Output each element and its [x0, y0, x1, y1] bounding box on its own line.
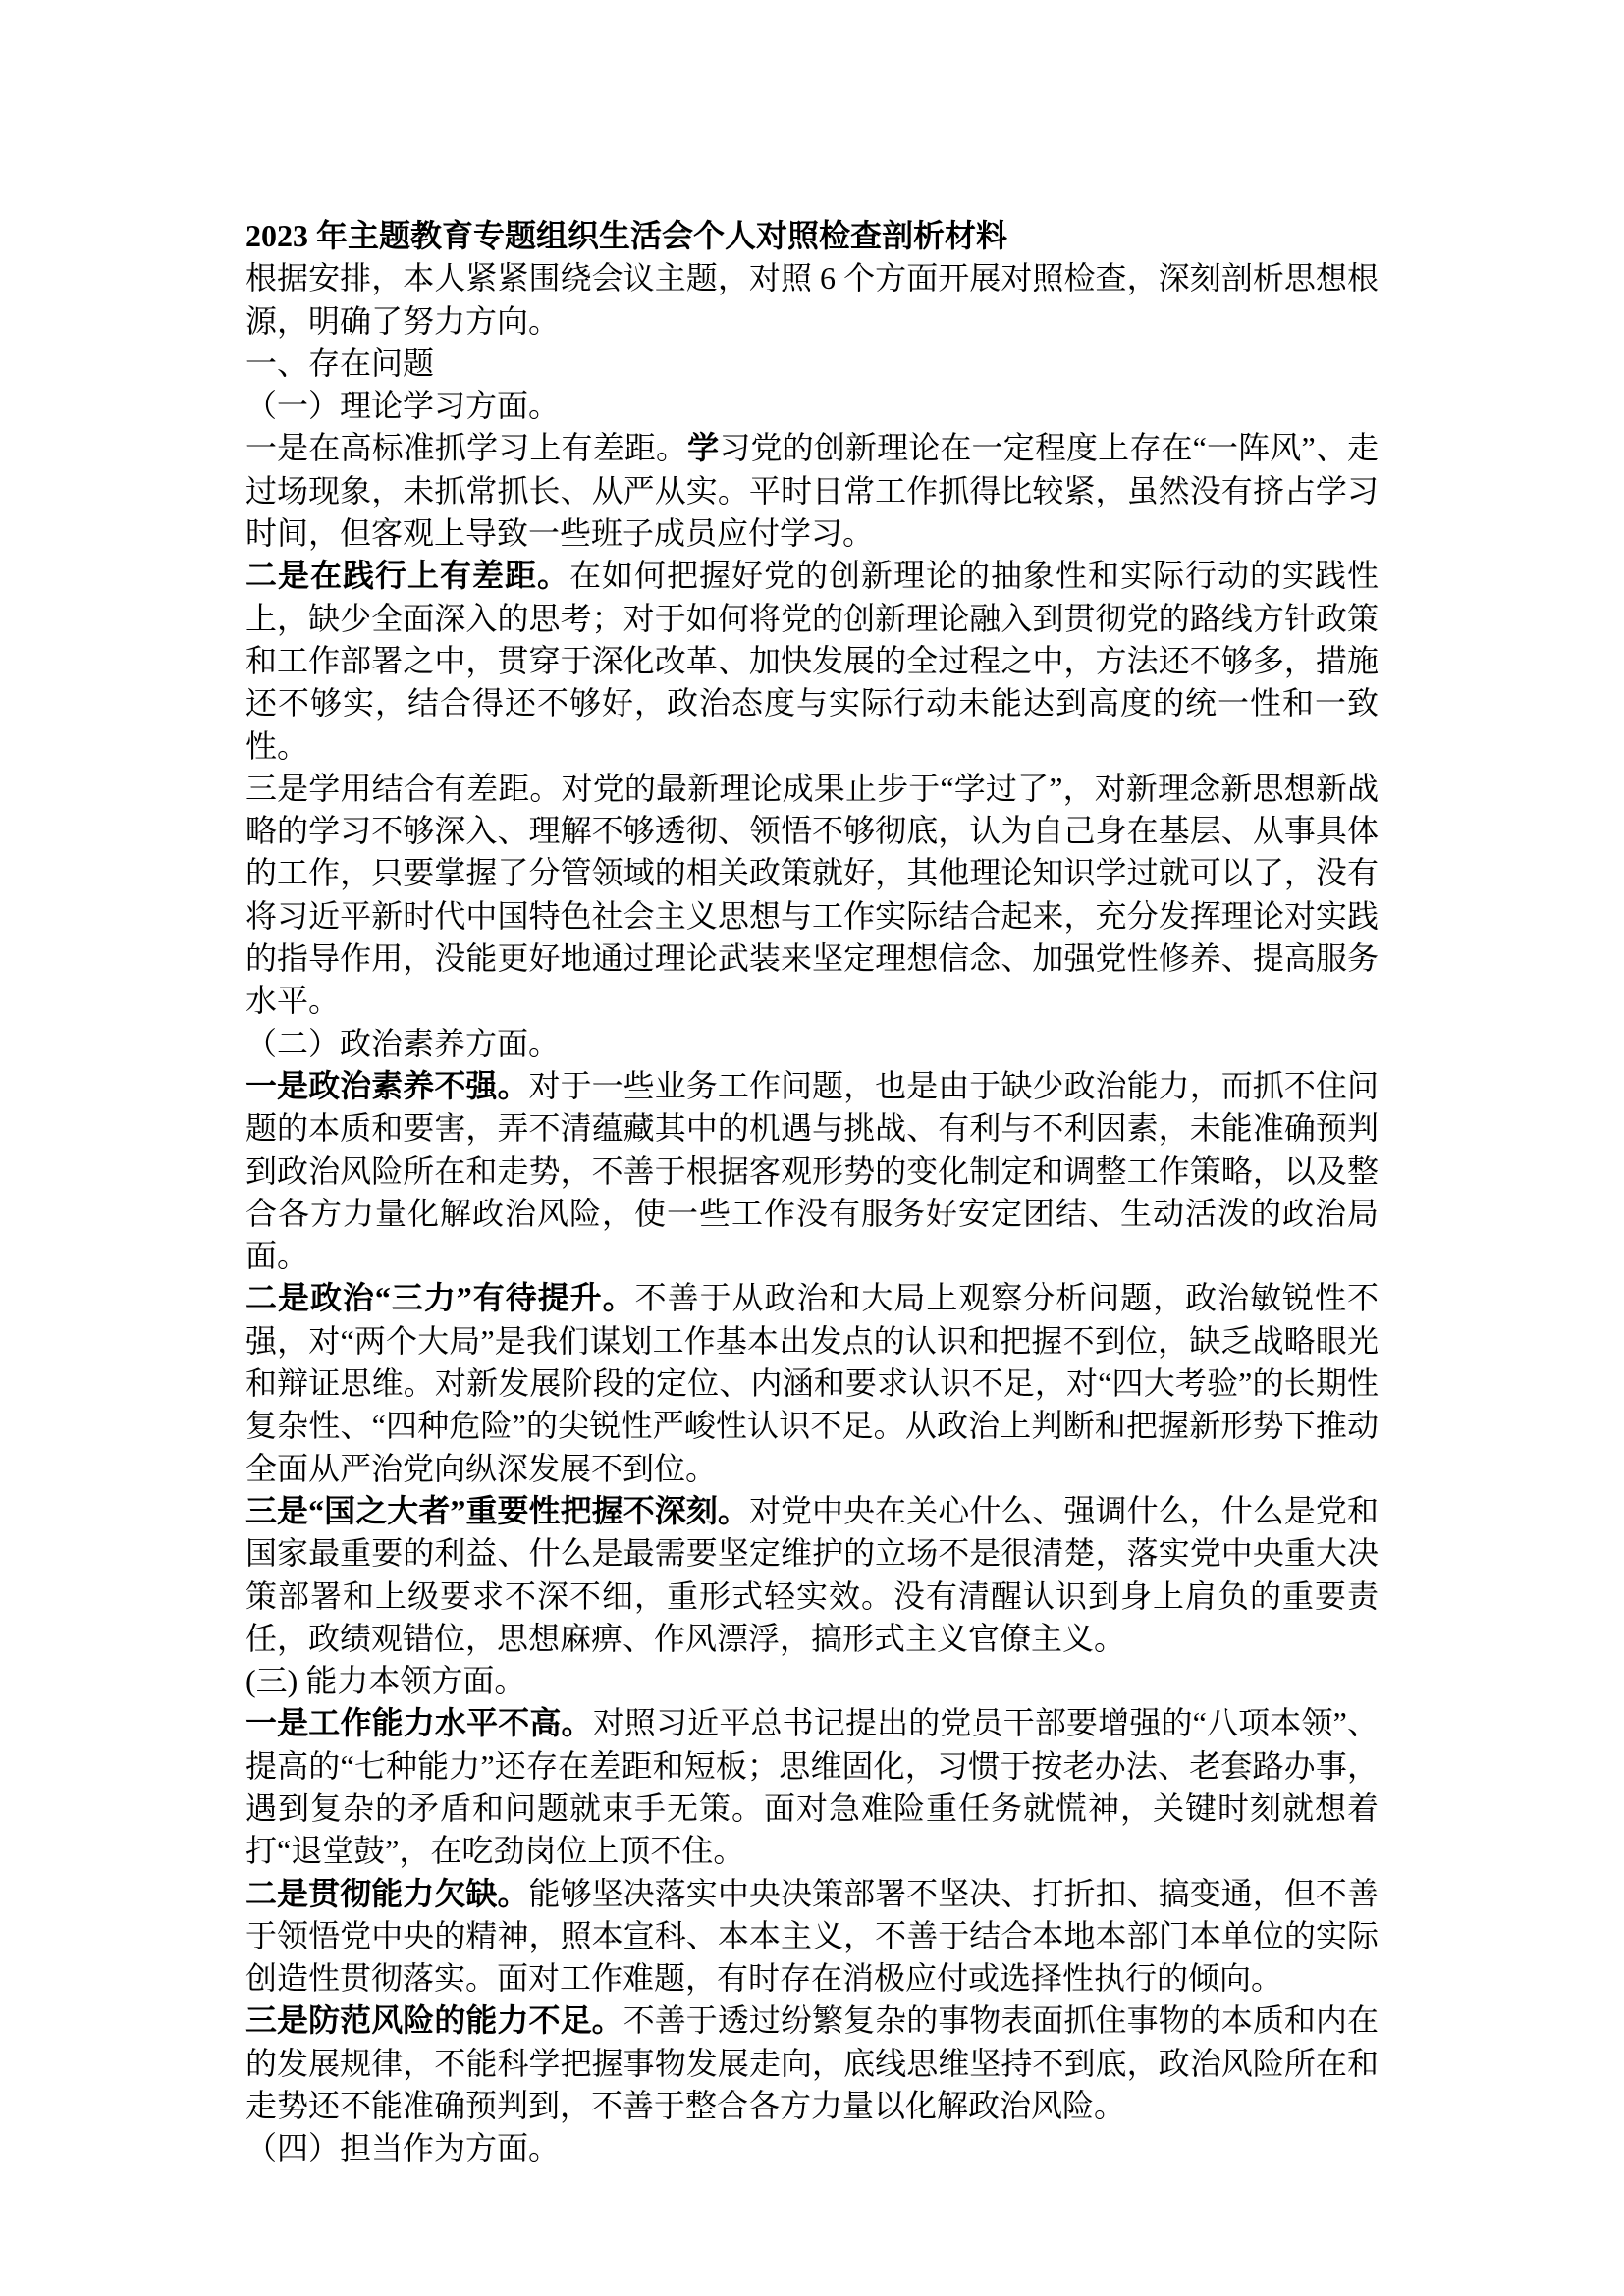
point-theory-study-3: 三是学用结合有差距。对党的最新理论成果止步于“学过了”，对新理念新思想新战略的学…	[245, 768, 1379, 1023]
point-theory-study-2: 二是在践行上有差距。在如何把握好党的创新理论的抽象性和实际行动的实践性上，缺少全…	[245, 555, 1379, 767]
point-political-1: 一是政治素养不强。对于一些业务工作问题，也是由于缺少政治能力，而抓不住问题的本质…	[245, 1065, 1379, 1277]
subsection-heading-political-quality: （二）政治素养方面。	[245, 1023, 1379, 1065]
subsection-heading-theory-study-run: （一）理论学习方面。	[245, 388, 560, 423]
document-title: 2023 年主题教育专题组织生活会个人对照检查剖析材料	[245, 215, 1379, 257]
point-ability-2: 二是贯彻能力欠缺。能够坚决落实中央决策部署不坚决、打折扣、搞变通，但不善于领悟党…	[245, 1873, 1379, 2001]
section-heading-existing-problems: 一、存在问题	[245, 343, 1379, 385]
point-ability-1: 一是工作能力水平不高。对照习近平总书记提出的党员干部要增强的“八项本领”、提高的…	[245, 1702, 1379, 1872]
point-theory-study-3-run: 三是学用结合有差距。对党的最新理论成果止步于“学过了”，对新理念新思想新战略的学…	[245, 771, 1379, 1018]
point-political-1-bold-run: 一是政治素养不强。	[245, 1068, 529, 1103]
section-heading-existing-problems-run: 一、存在问题	[245, 346, 434, 381]
subsection-heading-responsibility-run: （四）担当作为方面。	[245, 2130, 560, 2165]
point-political-2-bold-run: 二是政治“三力”有待提升。	[245, 1280, 635, 1315]
document-body: 根据安排，本人紧紧围绕会议主题，对照 6 个方面开展对照检查，深刻剖析思想根源，…	[245, 257, 1379, 2169]
point-political-3-bold-run: 三是“国之大者”重要性把握不深刻。	[245, 1493, 749, 1528]
point-ability-3-bold-run: 三是防范风险的能力不足。	[245, 2002, 623, 2038]
point-theory-study-1-run: 一是在高标准抓学习上有差距。	[245, 430, 687, 465]
point-theory-study-1: 一是在高标准抓学习上有差距。学习党的创新理论在一定程度上存在“一阵风”、走过场现…	[245, 427, 1379, 555]
point-theory-study-1-bold-run: 学	[687, 430, 719, 465]
intro-paragraph-run: 根据安排，本人紧紧围绕会议主题，对照 6 个方面开展对照检查，深刻剖析思想根源，…	[245, 260, 1379, 338]
subsection-heading-political-quality-run: （二）政治素养方面。	[245, 1026, 560, 1061]
point-theory-study-2-bold-run: 二是在践行上有差距。	[245, 558, 569, 593]
subsection-heading-theory-study: （一）理论学习方面。	[245, 385, 1379, 427]
subsection-heading-ability: (三) 能力本领方面。	[245, 1660, 1379, 1702]
point-political-3: 三是“国之大者”重要性把握不深刻。对党中央在关心什么、强调什么，什么是党和国家最…	[245, 1490, 1379, 1660]
point-political-2: 二是政治“三力”有待提升。不善于从政治和大局上观察分析问题，政治敏锐性不强，对“…	[245, 1277, 1379, 1489]
subsection-heading-ability-run: (三) 能力本领方面。	[245, 1663, 525, 1698]
intro-paragraph: 根据安排，本人紧紧围绕会议主题，对照 6 个方面开展对照检查，深刻剖析思想根源，…	[245, 257, 1379, 343]
point-ability-1-bold-run: 一是工作能力水平不高。	[245, 1705, 593, 1740]
point-ability-2-bold-run: 二是贯彻能力欠缺。	[245, 1876, 529, 1911]
subsection-heading-responsibility: （四）担当作为方面。	[245, 2127, 1379, 2169]
document-page: 2023 年主题教育专题组织生活会个人对照检查剖析材料 根据安排，本人紧紧围绕会…	[0, 0, 1624, 2296]
point-ability-3: 三是防范风险的能力不足。不善于透过纷繁复杂的事物表面抓住事物的本质和内在的发展规…	[245, 2000, 1379, 2127]
